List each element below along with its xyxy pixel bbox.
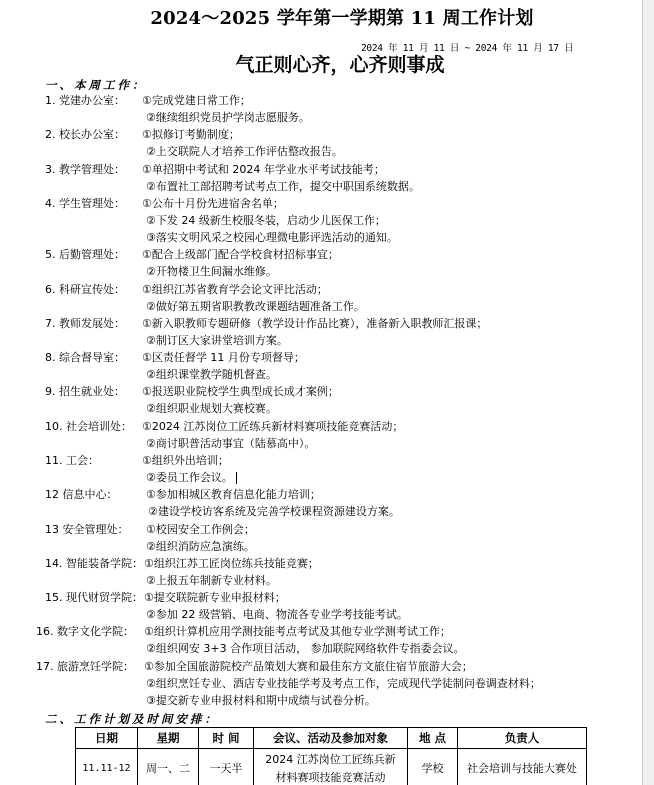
dept-item: ①区责任督学 11 月份专项督导； [142,349,305,366]
section-heading-weekly-work: 一、本周工作： [45,77,147,93]
dept-item: ②开物楼卫生间漏水维修。 [146,263,277,280]
dept-item: ②参加 22 级营销、电商、物流各专业学考技能考试。 [146,606,408,623]
header-date: 日期 [76,728,138,749]
dept-item: ①单招期中考试和 2024 年学业水平考试技能考； [142,161,385,178]
dept-item: ②组织消防应急演练。 [146,538,255,555]
cell-location: 学校 [408,749,458,785]
dept-label: 17. 旅游烹饪学院： [36,658,134,675]
cell-activity-line: 2024 江苏岗位工匠练兵新 [254,751,407,769]
dept-item: ②商讨职普活动事宜（陆慕高中）。 [146,435,315,452]
document-page: 2024～2025 学年第一学期第 11 周工作计划 2024 年 11 月 1… [0,0,642,785]
dept-item: ①组织江苏工匠岗位练兵技能竞赛； [144,555,319,572]
dept-item: ②组织职业规划大赛校赛。 [146,400,277,417]
dept-item: ②继续组织党员护学岗志愿服务。 [146,109,310,126]
section-heading-schedule: 二、工作计划及时间安排： [45,711,219,727]
dept-item: ①拟修订考勤制度； [142,126,240,143]
dept-item: ②组织网安 3+3 合作项目活动， 参加联院网络软件专指委会议。 [146,640,465,657]
text-cursor [236,472,237,484]
dept-item: ①组织计算机应用学测技能考点考试及其他专业学测考试工作； [144,623,451,640]
cell-activity: 2024 江苏岗位工匠练兵新 材料赛项技能竞赛活动 [254,749,408,785]
dept-item: ①校园安全工作例会； [146,521,255,538]
dept-item: ①参加全国旅游院校产品策划大赛和最佳东方文旅住宿节旅游大会； [144,658,473,675]
header-time: 时 间 [199,728,254,749]
dept-item: ①提交联院新专业申报材料； [144,589,286,606]
cell-activity-line: 材料赛项技能竞赛活动 [254,769,407,785]
dept-label: 9. 招生就业处： [45,383,125,400]
header-owner: 负责人 [458,728,587,749]
dept-item: ①组织江苏省教育学会论文评比活动； [142,281,328,298]
dept-item: ①新入职教师专题研修（教学设计作品比赛），准备新入职教师汇报课； [142,315,487,332]
dept-label: 13 安全管理处： [45,521,129,538]
dept-label: 10. 社会培训处： [45,418,132,435]
motto: 气正则心齐，心齐则事成 [0,50,654,77]
dept-label: 4. 学生管理处： [45,195,125,212]
dept-item: ②建设学校访客系统及完善学校课程资源建设方案。 [148,503,400,520]
dept-item: ①2024 江苏岗位工匠练兵新材料赛项技能竞赛活动； [142,418,403,435]
cell-weekday: 周一、二 [138,749,199,785]
header-activity: 会议、活动及参加对象 [254,728,408,749]
dept-label: 1. 党建办公室： [45,92,125,109]
dept-label: 11. 工会： [45,452,99,469]
dept-label: 5. 后勤管理处： [45,246,125,263]
scrollbar-gutter[interactable] [642,0,654,785]
document-title: 2024～2025 学年第一学期第 11 周工作计划 [0,4,654,30]
dept-label: 15. 现代财贸学院： [45,589,143,606]
cell-time: 一天半 [199,749,254,785]
dept-item: ①完成党建日常工作； [142,92,251,109]
cell-owner: 社会培训与技能大赛处 [458,749,587,785]
dept-label: 7. 教师发展处： [45,315,125,332]
dept-item: ①公布十月份先进宿舍名单； [142,195,284,212]
dept-item: ②下发 24 级新生校服冬装，启动少儿医保工作； [146,212,386,229]
schedule-table: 日期 星期 时 间 会议、活动及参加对象 地 点 负责人 11.11-12 周一… [75,727,587,785]
dept-item: ②上交联院人才培养工作评估整改报告。 [146,143,343,160]
dept-item: ②组织烹饪专业、酒店专业技能学考及考点工作，完成现代学徒制问卷调查材料； [146,675,541,692]
dept-item: ③落实文明风采之校园心理微电影评选活动的通知。 [146,229,398,246]
dept-item: ②布置社工部招聘考试考点工作，提交中职国系统数据。 [146,178,420,195]
dept-item: ②委员工作会议。 [146,469,237,486]
dept-item: ③提交新专业申报材料和期中成绩与试卷分析。 [146,692,376,709]
dept-label: 2. 校长办公室： [45,126,125,143]
dept-label: 8. 综合督导室： [45,349,125,366]
dept-item: ②组织课堂教学随机督查。 [146,366,277,383]
dept-item: ①参加相城区教育信息化能力培训； [146,486,321,503]
dept-item: ②上报五年制新专业材料。 [146,572,277,589]
dept-label: 16. 数字文化学院： [36,623,134,640]
table-row: 11.11-12 周一、二 一天半 2024 江苏岗位工匠练兵新 材料赛项技能竞… [76,749,587,785]
dept-label: 6. 科研宣传处： [45,281,125,298]
dept-item: ①组织外出培训； [142,452,229,469]
table-header-row: 日期 星期 时 间 会议、活动及参加对象 地 点 负责人 [76,728,587,749]
cell-date: 11.11-12 [76,749,138,785]
dept-item: ②做好第五期省职教教改课题结题准备工作。 [146,298,365,315]
dept-item: ①报送职业院校学生典型成长成才案例； [142,383,339,400]
header-weekday: 星期 [138,728,199,749]
dept-item: ①配合上级部门配合学校食材招标事宜； [142,246,339,263]
dept-label: 3. 教学管理处： [45,161,125,178]
dept-item: ②制订区大家讲堂培训方案。 [146,332,288,349]
dept-label: 12 信息中心： [45,486,118,503]
header-location: 地 点 [408,728,458,749]
dept-label: 14. 智能装备学院： [45,555,143,572]
